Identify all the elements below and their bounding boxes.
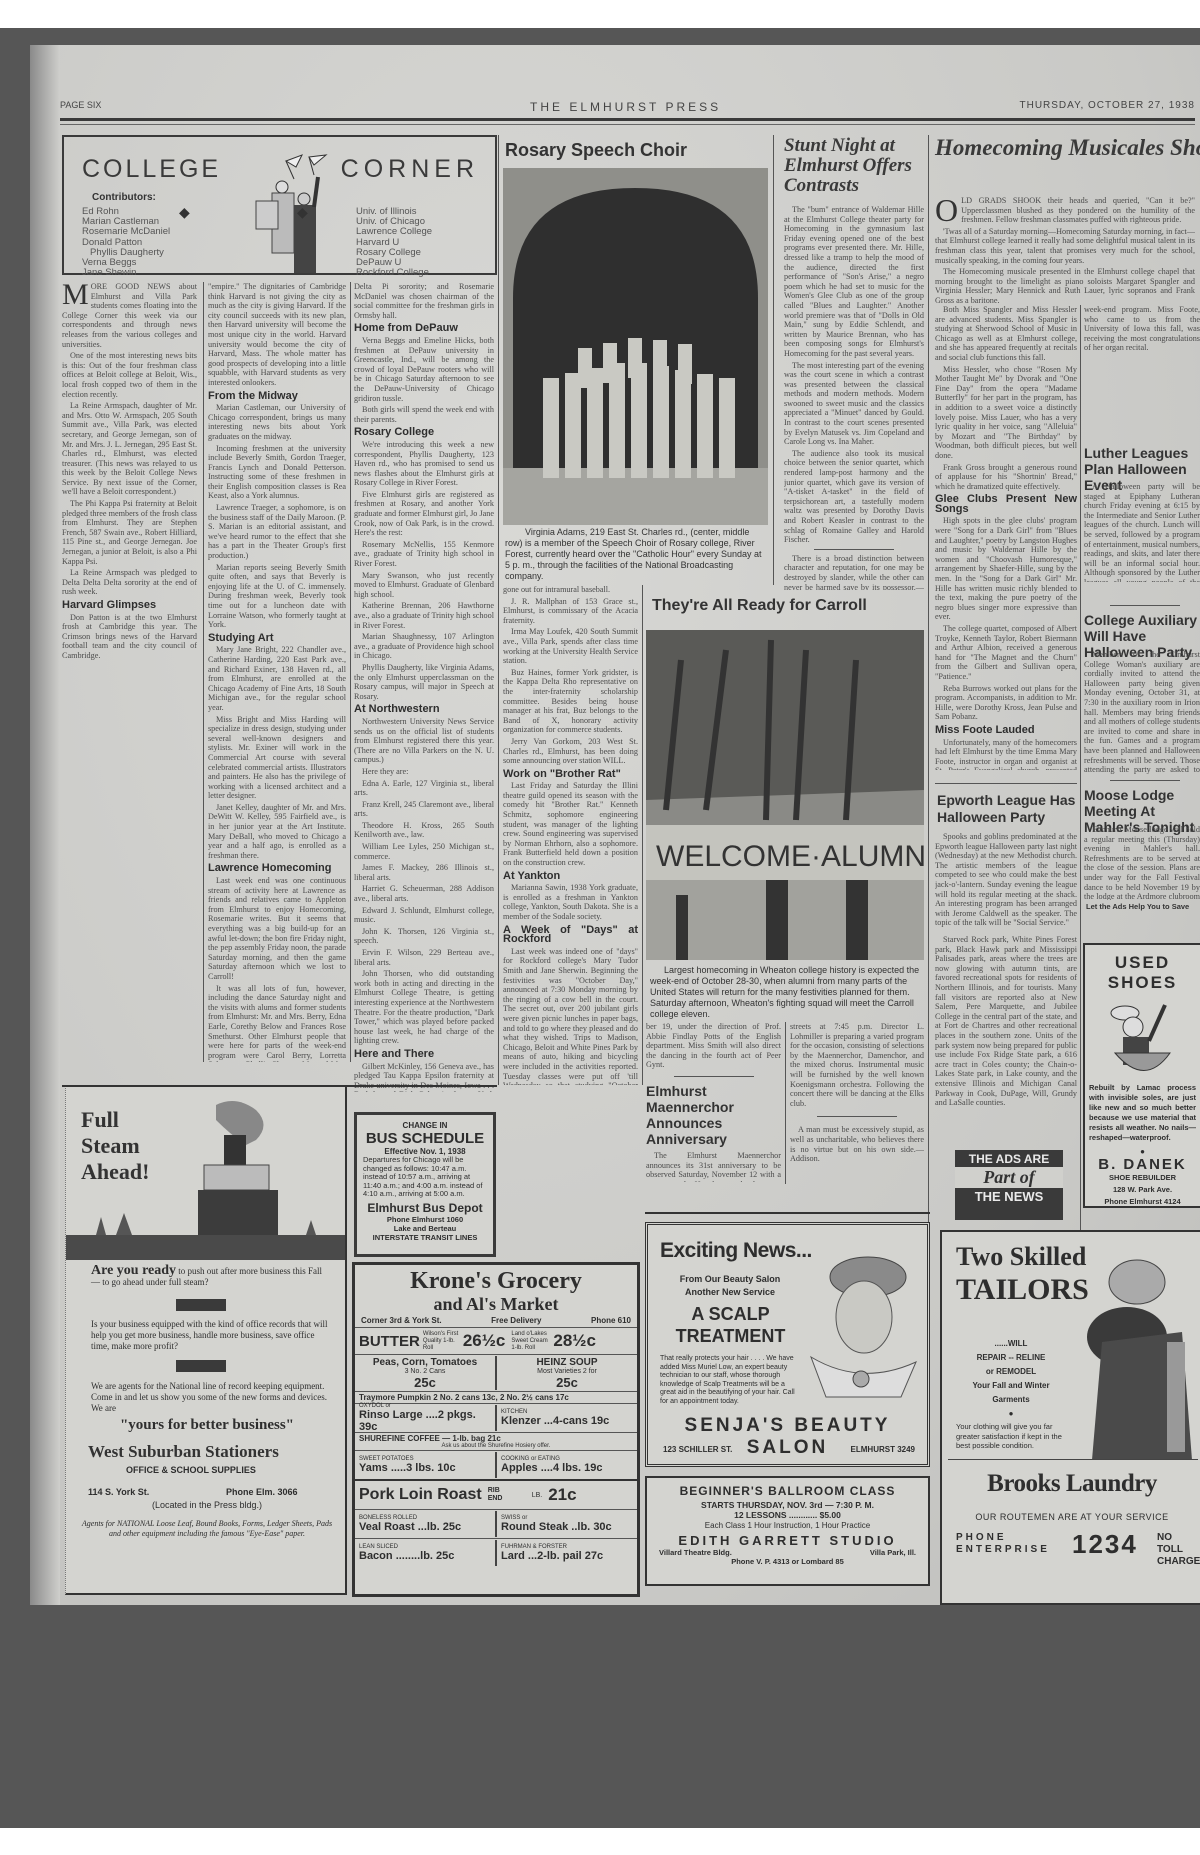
national-logo-icon	[176, 1299, 226, 1311]
college-auxiliary-article: Members of the Elmhurst College Woman's …	[1084, 650, 1200, 775]
rosary-choir-photo	[503, 168, 768, 525]
subhead-miss-foote-lauded: Miss Foote Lauded	[935, 726, 1077, 736]
column-divider	[785, 1022, 786, 1184]
tailors-ad: Two Skilled TAILORS ......WILL REPAIR --…	[940, 1230, 1200, 1605]
brooks-laundry-logo: Brooks Laundry	[942, 1470, 1200, 1498]
subhead-week-of-days-rockford: A Week of "Days" at Rockford	[503, 926, 638, 945]
subhead-at-northwestern: At Northwestern	[354, 705, 494, 715]
subhead-brother-rat: Work on "Brother Rat"	[503, 770, 638, 780]
luther-leagues-article: A Halloween party will be staged at Epip…	[1084, 482, 1200, 582]
subhead-from-the-midway: From the Midway	[208, 392, 346, 402]
used-shoes-ad: USED SHOES Rebuilt by Lamac process with…	[1083, 943, 1200, 1208]
drop-cap: M	[62, 282, 89, 308]
newspaper-title: THE ELMHURST PRESS	[530, 100, 721, 114]
ballroom-class-ad: BEGINNER'S BALLROOM CLASS STARTS THURSDA…	[645, 1476, 930, 1586]
masthead-rule	[60, 118, 1195, 121]
national-logo-icon	[176, 1360, 226, 1372]
column-divider	[350, 282, 351, 1062]
peer-gynt-continued: ber 19, under the direction of Prof. Abb…	[646, 1022, 781, 1182]
moose-lodge-article: Elmhurst Moose lodge will hold a regular…	[1084, 825, 1200, 900]
homecoming-continued: week-end program. Miss Foote, who came t…	[1084, 305, 1200, 440]
subhead-studying-art: Studying Art	[208, 634, 346, 644]
epworth-league-article: Spooks and goblins predominated at the E…	[935, 832, 1077, 932]
college-corner-title-right: CORNER	[341, 155, 479, 184]
grocery-row-pumpkin: Traymore Pumpkin 2 No. 2 cans 13c, 2 No.…	[355, 1391, 637, 1403]
college-corner-column-1: MORE GOOD NEWS about Elmhurst and Villa …	[62, 282, 197, 1062]
headline-maennerchor: Elmhurst Maennerchor Announces Anniversa…	[646, 1083, 781, 1147]
article-separator	[935, 783, 1077, 784]
rosary-photo-caption: Virginia Adams, 219 East St. Charles rd.…	[505, 527, 767, 582]
article-separator	[1110, 605, 1180, 606]
grocery-row-pork-loin: Pork Loin Roast RIB END LB. 21c	[355, 1479, 637, 1509]
woman-portrait-illustration	[806, 1247, 926, 1402]
ads-help-tagline: Let the Ads Help You to Save	[1086, 902, 1200, 911]
ads-are-news-badge: THE ADS ARE Part of THE NEWS	[955, 1150, 1063, 1220]
column-divider	[1080, 305, 1081, 1385]
subhead-at-yankton: At Yankton	[503, 872, 638, 882]
issue-date: THURSDAY, OCTOBER 27, 1938	[1019, 100, 1195, 111]
subhead-harvard-glimpses: Harvard Glimpses	[62, 601, 197, 611]
grocery-row-rinso-klenzer: OXYDOL or Rinso Large ....2 pkgs. 39c KI…	[355, 1403, 637, 1432]
college-corner-column-2: "empire." The dignitaries of Cambridge t…	[208, 282, 346, 1062]
subhead-rosary-college: Rosary College	[354, 428, 494, 438]
choir-archway-image	[503, 168, 768, 525]
masthead-rule-thin	[60, 124, 1195, 125]
students-with-pennants-illustration	[244, 151, 339, 275]
column-divider	[498, 135, 499, 1085]
subhead-lawrence-homecoming: Lawrence Homecoming	[208, 864, 346, 874]
welcome-alumni-photo: WELCOME·ALUMNI	[646, 630, 924, 960]
drop-cap: O	[935, 196, 958, 224]
college-corner-column-3: Delta Pi sorority; and Rosemarie McDanie…	[354, 282, 494, 1092]
homecoming-lead: OLD GRADS SHOOK their heads and queried,…	[935, 196, 1195, 306]
subhead-here-and-there: Here and There	[354, 1050, 494, 1060]
college-corner-column-4: gone out for intramural baseball. J. R. …	[503, 585, 638, 1085]
diamond-ornament-icon: ◆	[179, 205, 190, 222]
laundry-phone-number: 1234	[1072, 1529, 1138, 1560]
maennerchor-continued: streets at 7:45 p.m. Director L. Lohmill…	[790, 1022, 924, 1182]
contributors-list: Ed Rohn Marian Castleman Rosemarie McDan…	[82, 207, 170, 278]
subhead-home-from-depauw: Home from DePauw	[354, 324, 494, 334]
column-divider	[928, 135, 929, 1385]
photo-headline-carroll: They're All Ready for Carroll	[652, 597, 867, 615]
senjas-beauty-salon-ad: Exciting News... From Our Beauty Salon A…	[645, 1222, 930, 1467]
column-divider	[642, 585, 643, 1085]
state-parks-article: Starved Rock park, White Pines Forest pa…	[935, 935, 1077, 1105]
article-separator	[1110, 780, 1180, 781]
schools-list: Univ. of Illinois Univ. of Chicago Lawre…	[356, 207, 432, 278]
top-margin	[0, 0, 1200, 28]
subhead-glee-clubs: Glee Clubs Present New Songs	[935, 495, 1077, 514]
college-corner-header: COLLEGE CORNER Contributors: Ed Rohn Mar…	[62, 135, 497, 275]
cobbler-character-icon	[1085, 993, 1200, 1083]
fur-coat-woman-illustration	[1082, 1242, 1200, 1460]
ads-section-rule	[62, 1085, 497, 1087]
grocery-row-coffee: SHUREFINE COFFEE — 1-lb. bag 21c Ask us …	[355, 1432, 637, 1450]
stunt-night-article: The "bum" entrance of Waldemar Hille at …	[784, 205, 924, 590]
headline-homecoming-musicales: Homecoming Musicales Show Talent of Newc…	[935, 136, 1200, 160]
campus-trees-banner-image: WELCOME·ALUMNI	[646, 630, 924, 960]
headline-stunt-night: Stunt Night at Elmhurst Offers Contrasts	[784, 136, 934, 196]
homecoming-article: Both Miss Spangler and Miss Hessler are …	[935, 305, 1077, 770]
banner-text: WELCOME·ALUMNI	[656, 840, 924, 873]
west-suburban-stationers-ad: Full Steam Ahead! Are you ready to push …	[65, 1085, 347, 1595]
grocery-row-yams-apples: SWEET POTATOES Yams .....3 lbs. 10c COOK…	[355, 1450, 637, 1479]
masthead: PAGE SIX THE ELMHURST PRESS THURSDAY, OC…	[60, 100, 1195, 116]
grocery-row-veal-steak: BONELESS ROLLED Veal Roast ...lb. 25c SW…	[355, 1509, 637, 1538]
grocery-row-vegetables-soup: Peas, Corn, Tomatoes 3 No. 2 Cans 25c HE…	[355, 1354, 637, 1391]
grocery-row-butter: BUTTER Wilson's First Quality 1-lb. Roll…	[355, 1327, 637, 1354]
column-divider	[773, 135, 774, 585]
grocery-row-bacon-lard: LEAN SLICED Bacon ........lb. 25c FUHRMA…	[355, 1538, 637, 1567]
photo-headline-rosary: Rosary Speech Choir	[505, 140, 687, 161]
carroll-photo-caption: Largest homecoming in Wheaton college hi…	[650, 965, 922, 1020]
headline-epworth-league: Epworth League Has Halloween Party	[937, 792, 1077, 826]
page-number: PAGE SIX	[60, 100, 101, 110]
column-divider	[203, 282, 204, 1062]
bus-schedule-ad: CHANGE IN BUS SCHEDULE Effective Nov. 1,…	[354, 1112, 496, 1257]
contributors-label: Contributors:	[92, 192, 156, 203]
krones-grocery-ad: Krone's Grocery and Al's Market Corner 3…	[352, 1262, 640, 1597]
page-edge-shadow	[30, 45, 60, 1605]
ads-section-rule	[645, 1212, 930, 1214]
diamond-ornament-icon: ◆	[297, 205, 308, 222]
college-corner-title-left: COLLEGE	[82, 155, 221, 184]
steamship-illustration	[66, 1095, 347, 1260]
